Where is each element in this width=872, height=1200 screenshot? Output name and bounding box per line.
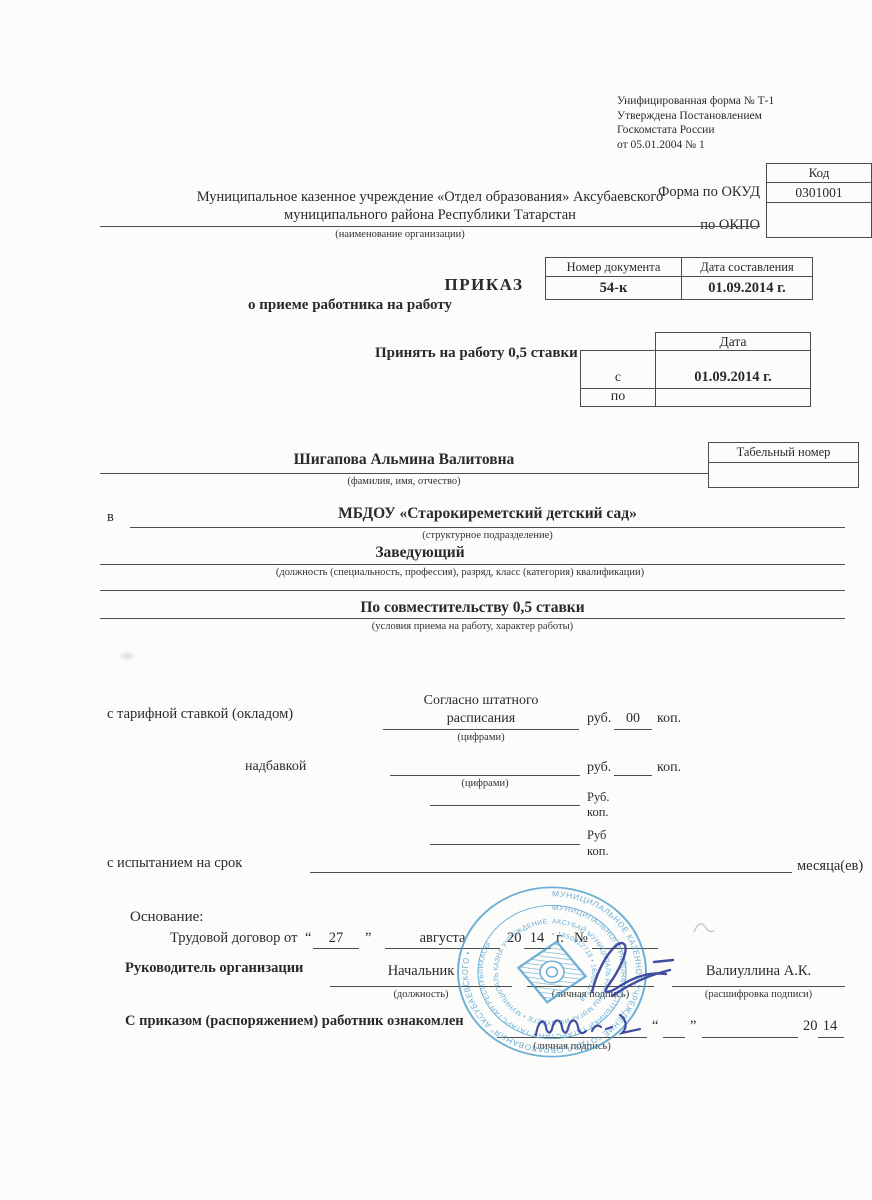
- extra-underline-2: [430, 844, 580, 845]
- position-underline: [100, 564, 845, 565]
- extra-underline-1: [430, 805, 580, 806]
- ack-label: С приказом (распоряжением) работник озна…: [125, 1013, 464, 1030]
- kop-label-1: коп.: [657, 711, 681, 727]
- doc-date-value: 01.09.2014 г.: [682, 277, 813, 300]
- head-label: Руководитель организации: [125, 960, 303, 977]
- salary-underline: [383, 729, 579, 730]
- contract-year-underline: [524, 948, 551, 949]
- probation-underline: [310, 872, 792, 873]
- rub-label-1: руб.: [587, 711, 611, 727]
- department-value: МБДОУ «Старокиреметский детский сад»: [130, 505, 845, 523]
- salary-value-line2: расписания: [385, 711, 577, 727]
- employee-pen-signature: [528, 1005, 648, 1047]
- conditions-caption: (условия приема на работу, характер рабо…: [100, 621, 845, 632]
- scanned-order-document: Унифицированная форма № Т-1 Утверждена П…: [0, 0, 872, 1200]
- basis-label: Основание:: [130, 909, 203, 926]
- salary-kop-value: 00: [616, 711, 650, 727]
- contract-day: 27: [315, 930, 357, 947]
- in-label: в: [107, 509, 114, 526]
- probation-label: с испытанием на срок: [107, 855, 242, 872]
- doc-number-table: Номер документа Дата составления 54-к 01…: [545, 257, 813, 300]
- contract-day-underline: [313, 948, 359, 949]
- salary-kop-underline: [614, 729, 652, 730]
- rub-cap-2: Руб: [587, 828, 606, 843]
- department-caption: (структурное подразделение): [130, 530, 845, 541]
- hire-label: Принять на работу 0,5 ставки: [375, 344, 590, 364]
- kop-cap-2: коп.: [587, 844, 609, 859]
- head-position-underline: [330, 986, 512, 987]
- tab-number-label: Табельный номер: [708, 442, 859, 463]
- form-info-line: Госкомстата России: [617, 123, 774, 138]
- ack-month-underline: [702, 1037, 798, 1038]
- organization-name-line1: Муниципальное казенное учреждение «Отдел…: [100, 189, 760, 206]
- okpo-value-cell: [766, 202, 872, 238]
- pencil-artifact: [688, 912, 714, 942]
- form-info-block: Унифицированная форма № Т-1 Утверждена П…: [617, 94, 774, 152]
- okud-value-cell: 0301001: [766, 182, 872, 203]
- order-title: ПРИКАЗ: [428, 275, 540, 295]
- kop-label-2: коп.: [657, 760, 681, 776]
- organization-name-line2: муниципального района Республики Татарст…: [100, 207, 760, 224]
- tab-number-value: [708, 462, 859, 488]
- position-caption: (должность (специальность, профессия), р…: [100, 567, 820, 578]
- doc-number-header: Номер документа: [546, 258, 682, 277]
- contract-g-label: г.: [556, 930, 564, 947]
- form-info-line: Утверждена Постановлением: [617, 109, 774, 124]
- head-position: Начальник: [330, 963, 512, 980]
- kop-cap-1: коп.: [587, 805, 609, 820]
- code-table-header: Код: [766, 163, 872, 183]
- hire-to-value: [655, 388, 811, 407]
- months-suffix: месяца(ев): [797, 858, 863, 875]
- salary-value-line1: Согласно штатного: [385, 693, 577, 709]
- scan-smudge: [118, 651, 136, 661]
- form-info-line: Унифицированная форма № Т-1: [617, 94, 774, 109]
- ack-year: 14: [820, 1018, 840, 1035]
- doc-number-value: 54-к: [546, 277, 682, 300]
- salary-digits-caption: (цифрами): [385, 732, 577, 743]
- quote-open: “: [305, 930, 311, 947]
- contract-year-prefix: 20: [507, 930, 522, 947]
- rub-cap-1: Руб.: [587, 790, 610, 805]
- form-info-line: от 05.01.2004 № 1: [617, 138, 774, 153]
- blank-underline: [100, 590, 845, 591]
- conditions-underline: [100, 618, 845, 619]
- ack-year-underline: [818, 1037, 844, 1038]
- allowance-label: надбавкой: [245, 759, 306, 775]
- hire-date-header: Дата: [655, 332, 811, 351]
- quote-close: ”: [365, 930, 371, 947]
- order-subtitle: о приеме работника на работу: [148, 297, 552, 314]
- ack-quote-open: “: [652, 1018, 658, 1035]
- ack-day-underline: [663, 1037, 685, 1038]
- employee-name-caption: (фамилия, имя, отчество): [100, 476, 708, 487]
- employee-name-underline: [100, 473, 708, 474]
- allowance-digits-caption: (цифрами): [390, 778, 580, 789]
- head-name-caption: (расшифровка подписи): [672, 989, 845, 1000]
- head-name-underline: [672, 986, 845, 987]
- allowance-underline: [390, 775, 580, 776]
- contract-month: августа: [385, 930, 500, 947]
- position-value: Заведующий: [100, 544, 740, 562]
- head-pen-signature: [578, 930, 678, 1005]
- head-name: Валиуллина А.К.: [672, 963, 845, 980]
- hire-to-label: по: [580, 388, 656, 407]
- organization-underline: [100, 226, 760, 227]
- department-underline: [130, 527, 845, 528]
- salary-label: с тарифной ставкой (окладом): [107, 706, 293, 723]
- contract-prefix: Трудовой договор от: [170, 930, 297, 947]
- contract-month-underline: [385, 948, 500, 949]
- ack-quote-close: ”: [690, 1018, 696, 1035]
- organization-caption: (наименование организации): [100, 229, 700, 240]
- employee-name: Шигапова Альмина Валитовна: [100, 451, 708, 469]
- ack-year-prefix: 20: [803, 1018, 818, 1035]
- contract-year: 14: [526, 930, 548, 947]
- doc-date-header: Дата составления: [682, 258, 813, 277]
- allowance-kop-underline: [614, 775, 652, 776]
- conditions-value: По совместительству 0,5 ставки: [100, 599, 845, 617]
- hire-from-value: 01.09.2014 г.: [655, 350, 811, 389]
- rub-label-2: руб.: [587, 760, 611, 776]
- head-position-caption: (должность): [330, 989, 512, 1000]
- hire-from-label: с: [580, 350, 656, 389]
